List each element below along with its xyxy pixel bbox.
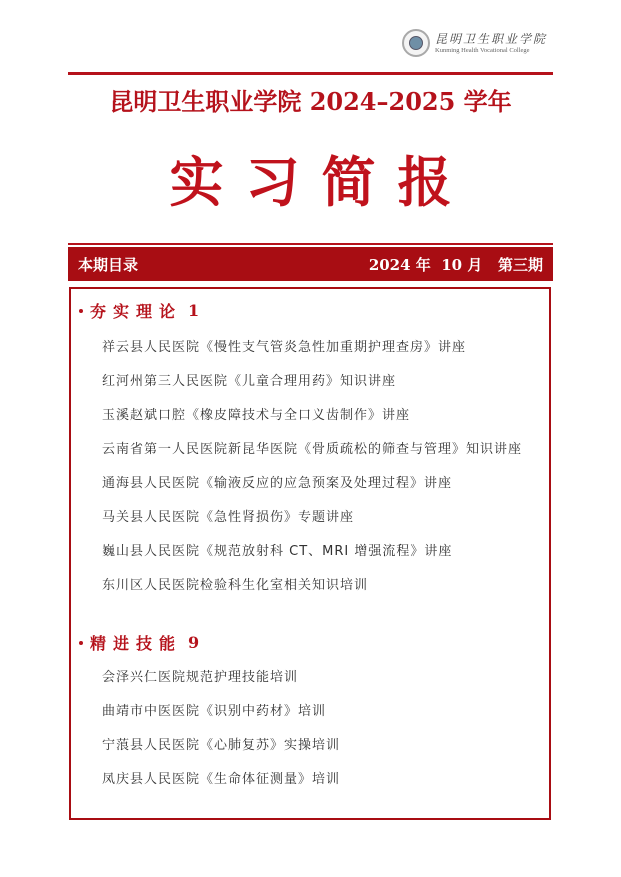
toc-item[interactable]: 红河州第三人民医院《儿童合理用药》知识讲座	[102, 370, 396, 389]
toc-item[interactable]: 巍山县人民医院《规范放射科 CT、MRI 增强流程》讲座	[102, 540, 452, 559]
college-emblem-icon	[402, 29, 430, 57]
toc-bar: 本期目录 2024 年 10 月 第三期	[68, 247, 553, 281]
section-page-number: 9	[188, 633, 199, 652]
toc-item[interactable]: 云南省第一人民医院新昆华医院《骨质疏松的筛查与管理》知识讲座	[102, 438, 522, 457]
toc-label: 本期目录	[78, 254, 138, 275]
issue-info: 2024 年 10 月 第三期	[369, 254, 543, 275]
toc-item[interactable]: 祥云县人民医院《慢性支气管炎急性加重期护理查房》讲座	[102, 336, 466, 355]
section-heading-theory[interactable]: 夯实理论 1	[79, 299, 199, 322]
toc-bar-divider	[68, 243, 553, 245]
institution-line: 昆明卫生职业学院 2024–2025 学年	[68, 82, 553, 117]
bullet-icon	[79, 309, 83, 313]
section-heading-skills[interactable]: 精进技能 9	[79, 631, 199, 654]
section-page-number: 1	[188, 301, 199, 320]
college-logo: 昆明卫生职业学院 Kunming Health Vocational Colle…	[402, 26, 562, 60]
toc-item[interactable]: 东川区人民医院检验科生化室相关知识培训	[102, 574, 368, 593]
toc-item[interactable]: 玉溪赵斌口腔《橡皮障技术与全口义齿制作》讲座	[102, 404, 410, 423]
toc-item[interactable]: 会泽兴仁医院规范护理技能培训	[102, 666, 298, 685]
logo-name-en: Kunming Health Vocational College	[435, 46, 547, 55]
toc-item[interactable]: 曲靖市中医医院《识别中药材》培训	[102, 700, 326, 719]
page-title: 实习简报	[68, 140, 553, 217]
toc-item[interactable]: 宁蒗县人民医院《心肺复苏》实操培训	[102, 734, 340, 753]
bullet-icon	[79, 641, 83, 645]
top-divider	[68, 72, 553, 75]
logo-name-cn: 昆明卫生职业学院	[435, 32, 547, 46]
toc-item[interactable]: 通海县人民医院《输液反应的应急预案及处理过程》讲座	[102, 472, 452, 491]
toc-content: 夯实理论 1 祥云县人民医院《慢性支气管炎急性加重期护理查房》讲座 红河州第三人…	[69, 287, 551, 820]
toc-item[interactable]: 马关县人民医院《急性肾损伤》专题讲座	[102, 506, 354, 525]
toc-item[interactable]: 凤庆县人民医院《生命体征测量》培训	[102, 768, 340, 787]
